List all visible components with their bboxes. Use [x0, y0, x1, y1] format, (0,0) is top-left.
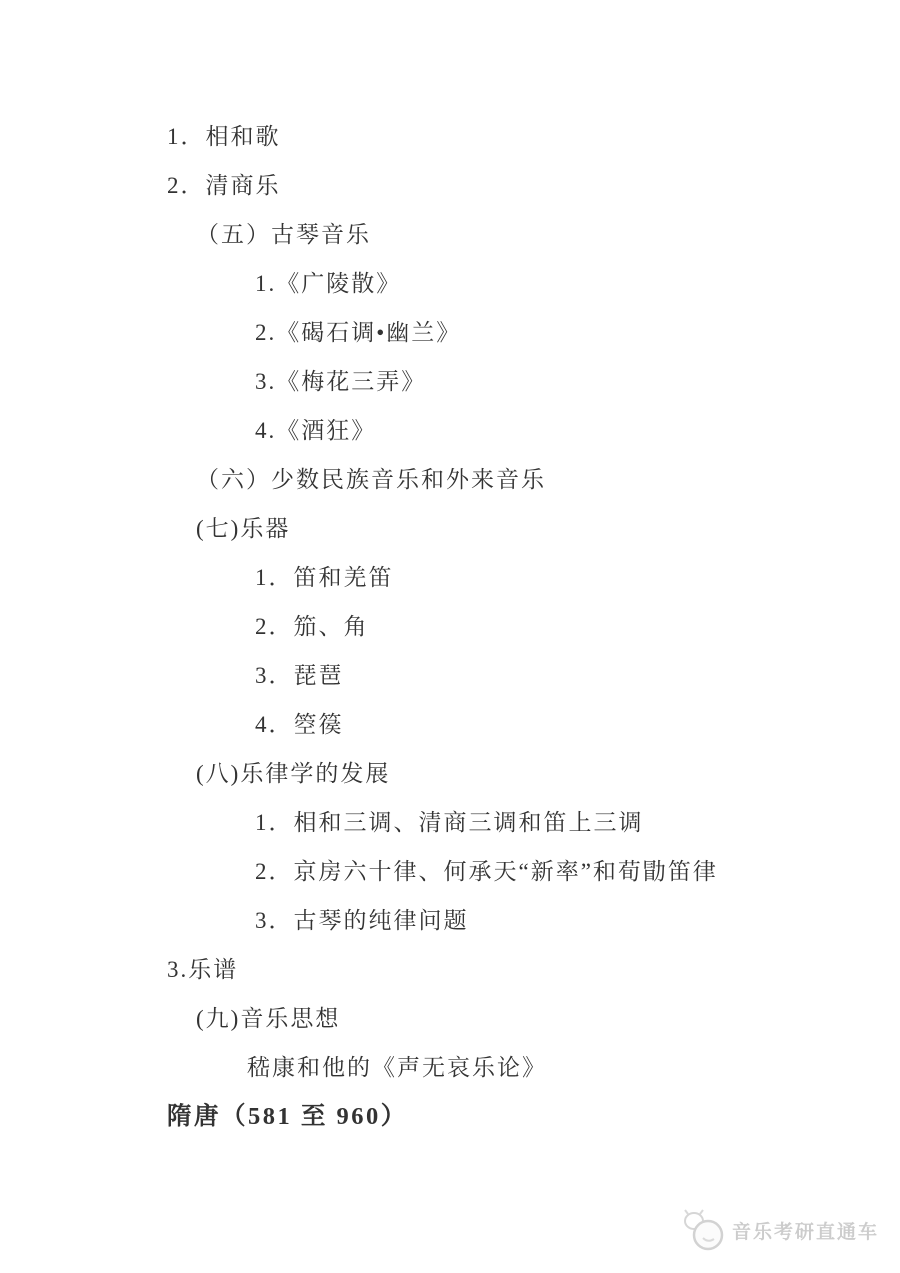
outline-list: 1．相和歌2．清商乐（五）古琴音乐1.《广陵散》2.《碣石调•幽兰》3.《梅花三… — [0, 0, 900, 1141]
outline-line: 3．古琴的纯律问题 — [0, 896, 900, 945]
outline-line: 4．箜篌 — [0, 700, 900, 749]
outline-line: 2．清商乐 — [0, 161, 900, 210]
brand-watermark: 音乐考研直通车 — [681, 1208, 879, 1252]
outline-line: 嵇康和他的《声无哀乐论》 — [0, 1043, 900, 1092]
outline-line: 3.《梅花三弄》 — [0, 357, 900, 406]
outline-line: 1．相和歌 — [0, 112, 900, 161]
outline-line: 3.乐谱 — [0, 945, 900, 994]
outline-line: （五）古琴音乐 — [0, 210, 900, 259]
outline-line: (七)乐器 — [0, 504, 900, 553]
outline-line: (八)乐律学的发展 — [0, 749, 900, 798]
outline-line: 2.《碣石调•幽兰》 — [0, 308, 900, 357]
outline-line: 1.《广陵散》 — [0, 259, 900, 308]
outline-line: 2．京房六十律、何承天“新率”和荀勖笛律 — [0, 847, 900, 896]
outline-line: 3．琵琶 — [0, 651, 900, 700]
outline-line: (九)音乐思想 — [0, 994, 900, 1043]
outline-line: 2．笳、角 — [0, 602, 900, 651]
brand-logo-icon — [681, 1208, 727, 1252]
outline-line: 1．笛和羌笛 — [0, 553, 900, 602]
section-heading: 隋唐（581 至 960） — [0, 1092, 900, 1141]
outline-line: 1．相和三调、清商三调和笛上三调 — [0, 798, 900, 847]
brand-watermark-text: 音乐考研直通车 — [732, 1217, 879, 1244]
outline-line: （六）少数民族音乐和外来音乐 — [0, 455, 900, 504]
outline-line: 4.《酒狂》 — [0, 406, 900, 455]
document-page: 1．相和歌2．清商乐（五）古琴音乐1.《广陵散》2.《碣石调•幽兰》3.《梅花三… — [0, 0, 900, 1273]
